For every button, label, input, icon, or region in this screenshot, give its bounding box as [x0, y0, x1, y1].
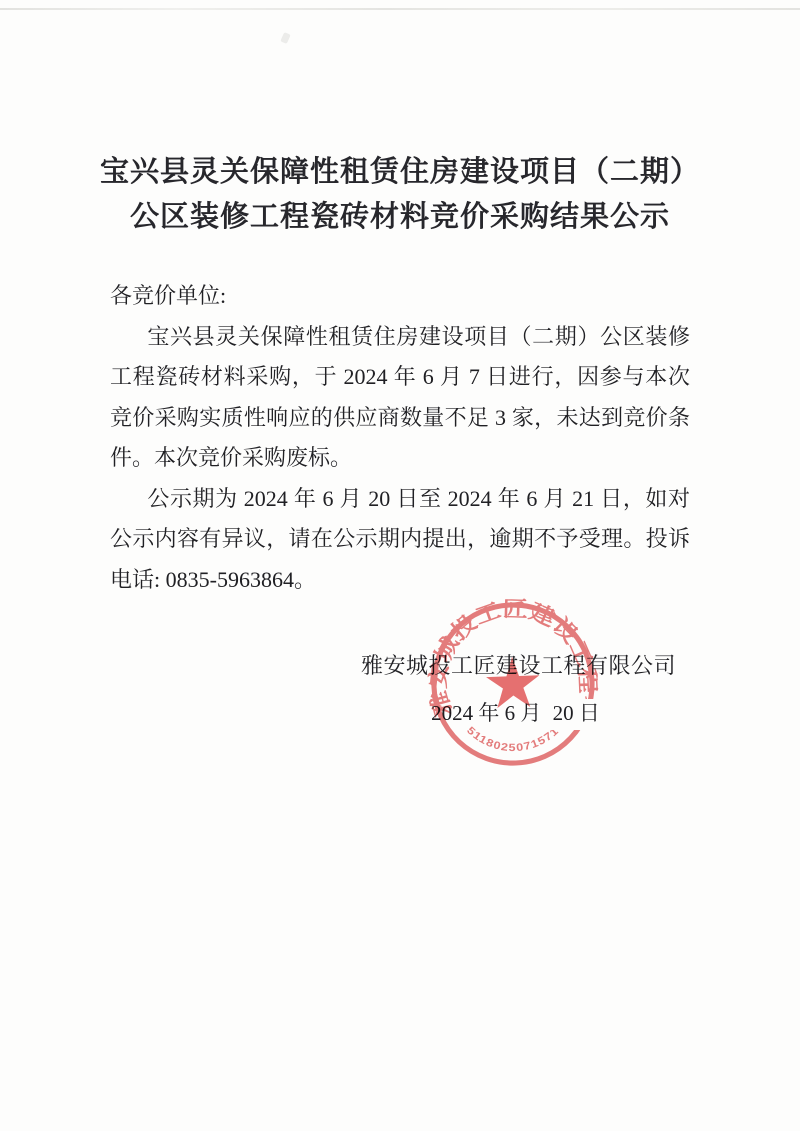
- document-page: 宝兴县灵关保障性租赁住房建设项目（二期） 公区装修工程瓷砖材料竞价采购结果公示 …: [0, 0, 800, 1131]
- title-line-1: 宝兴县灵关保障性租赁住房建设项目（二期）: [56, 150, 744, 195]
- scan-artifact-line: [0, 8, 800, 10]
- official-seal-graphic: 雅安城投工匠建设工程有限公司 5118025071571: [425, 596, 601, 772]
- document-title: 宝兴县灵关保障性租赁住房建设项目（二期） 公区装修工程瓷砖材料竞价采购结果公示: [56, 150, 744, 240]
- scan-artifact-speck: [280, 32, 290, 44]
- body-paragraph-1: 宝兴县灵关保障性租赁住房建设项目（二期）公区装修工程瓷砖材料采购，于 2024 …: [110, 317, 690, 479]
- document-body: 各竞价单位: 宝兴县灵关保障性租赁住房建设项目（二期）公区装修工程瓷砖材料采购，…: [110, 276, 690, 733]
- salutation: 各竞价单位:: [110, 276, 690, 317]
- signature-block: 雅安城投工匠建设工程有限公司 2024 年 6 月 20 日: [110, 646, 690, 733]
- official-seal: 雅安城投工匠建设工程有限公司 5118025071571: [425, 596, 601, 772]
- title-line-2: 公区装修工程瓷砖材料竞价采购结果公示: [56, 195, 744, 240]
- body-paragraph-2: 公示期为 2024 年 6 月 20 日至 2024 年 6 月 21 日，如对…: [110, 479, 690, 601]
- seal-star-icon: [485, 656, 540, 709]
- signature-date-day: 20 日: [547, 699, 606, 730]
